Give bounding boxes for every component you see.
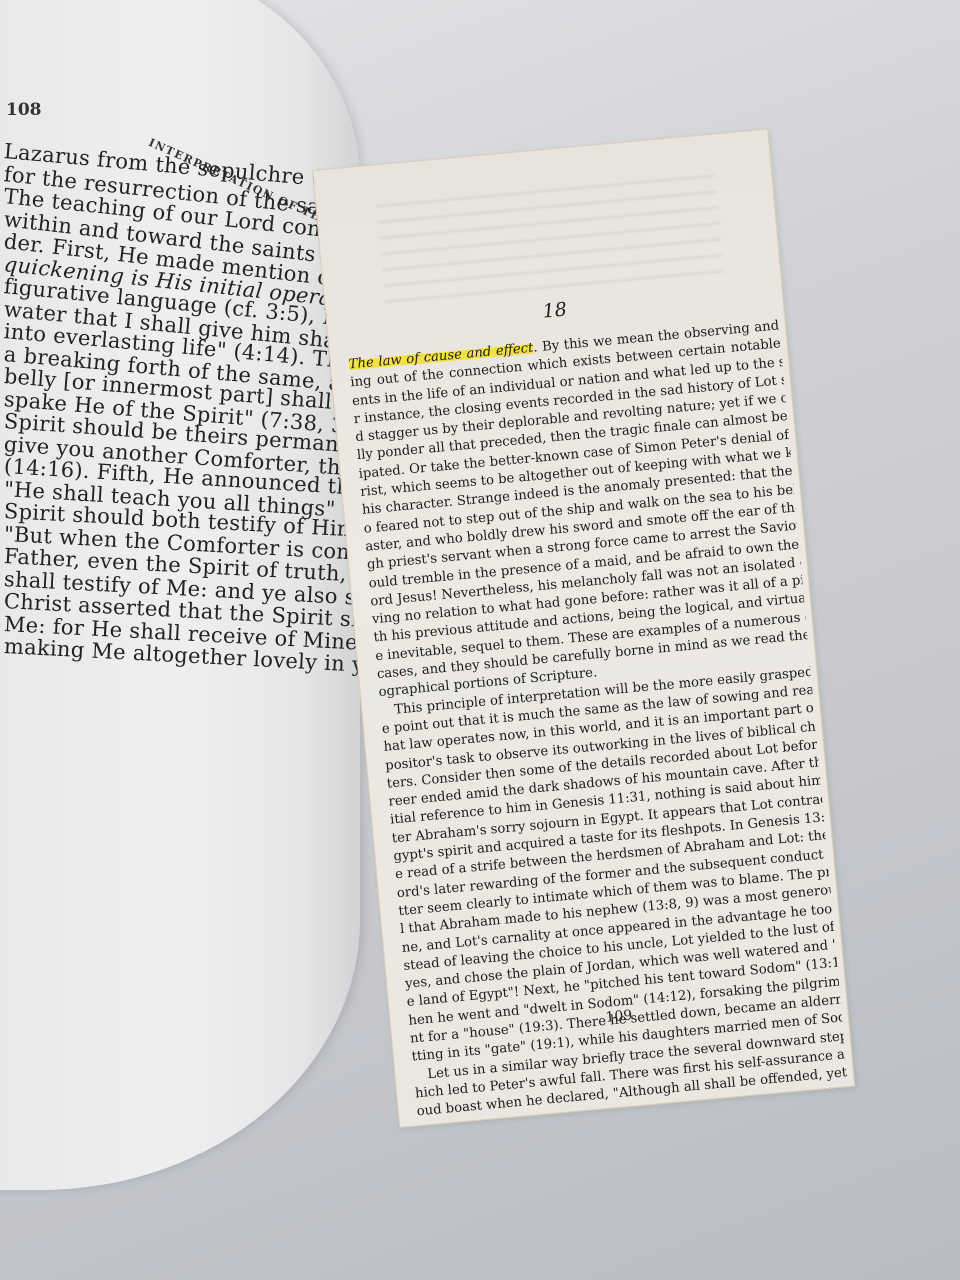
left-page-number: 108	[6, 100, 42, 120]
left-page: 108 INTERPRETATION OF THE SCRIPTURES Laz…	[0, 0, 360, 1190]
left-page-body: Lazarus from the sepulchre (11:44) we ha…	[4, 140, 364, 658]
right-page: 18 The law of cause and effect. By this …	[312, 128, 855, 1128]
